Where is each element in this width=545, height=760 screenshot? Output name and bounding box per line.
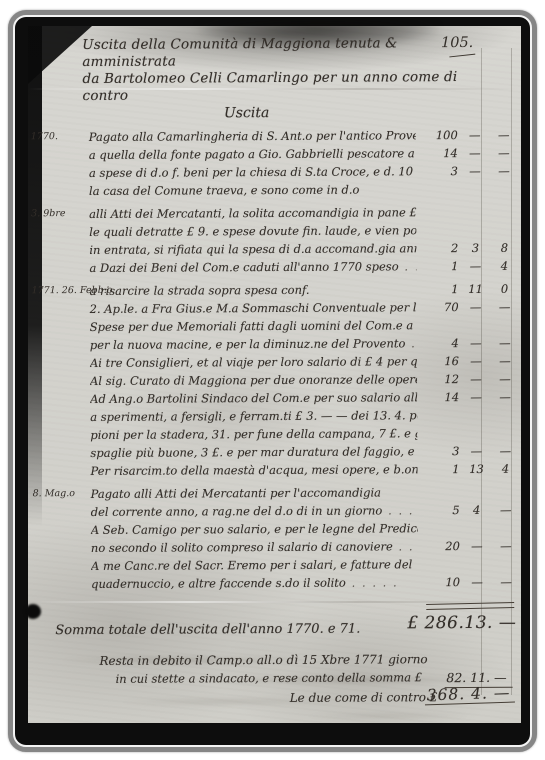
margin-date xyxy=(27,241,89,259)
contro-amount: 368. 4. — xyxy=(425,684,515,706)
amount-lire: 16 xyxy=(417,352,463,370)
amount-soldi xyxy=(464,483,490,501)
amount-soldi: 13 xyxy=(463,460,489,478)
amount-lire xyxy=(418,555,464,573)
margin-date xyxy=(27,182,89,200)
amount-soldi: — xyxy=(463,298,489,316)
amount-denari: — xyxy=(489,370,521,388)
sum-double-rule xyxy=(426,602,514,610)
amount-lire: 5 xyxy=(418,501,464,519)
amount-soldi: — xyxy=(463,370,489,388)
amount-denari xyxy=(490,555,522,573)
dot-leaders: . . . . . xyxy=(382,506,417,517)
amount-lire xyxy=(418,519,464,537)
heading-line-1: Uscita della Comunità di Maggiona tenuta… xyxy=(82,35,462,71)
amount-lire xyxy=(417,406,463,424)
amount-denari: — xyxy=(490,573,522,591)
amount-soldi xyxy=(463,424,489,442)
entry-text: del corrente anno, a rag.ne del d.o di i… xyxy=(91,501,418,521)
amount-denari: — xyxy=(489,388,521,406)
entry-text: Ai tre Consiglieri, et al viaje per loro… xyxy=(90,352,417,372)
photo-background: 105. Uscita della Comunità di Maggiona t… xyxy=(15,17,530,745)
entry-text: 2. Ap.le. a Fra Gius.e M.a Sommaschi Con… xyxy=(90,298,417,318)
amount-lire xyxy=(416,203,462,221)
amount-soldi xyxy=(463,406,489,424)
margin-date xyxy=(28,318,90,336)
entry-text: Al sig. Curato di Maggiona per due onora… xyxy=(90,370,417,390)
section-title: Uscita xyxy=(27,104,467,122)
amount-denari xyxy=(490,483,522,501)
scan-frame: 105. Uscita della Comunità di Maggiona t… xyxy=(8,10,537,752)
margin-date xyxy=(28,462,90,480)
amount-denari xyxy=(490,519,522,537)
amount-denari xyxy=(488,221,520,239)
amount-soldi: 3 xyxy=(462,239,488,257)
margin-date xyxy=(28,408,90,426)
amount-soldi: — xyxy=(464,573,490,591)
entry-text: spaglie più buone, 3 £. e per mar duratu… xyxy=(90,442,417,462)
margin-date xyxy=(28,336,90,354)
amount-soldi: — xyxy=(462,126,488,144)
ledger-line: quadernuccio, e altre faccende s.do il s… xyxy=(29,573,522,594)
entry-text: per la nuova macine, e per la diminuz.ne… xyxy=(90,334,417,354)
contro-row: Le due come di contro £ 368. 4. — xyxy=(290,688,523,707)
margin-date xyxy=(29,575,91,593)
margin-date xyxy=(28,354,90,372)
margin-date xyxy=(28,444,90,462)
amount-denari: 0 xyxy=(489,280,521,298)
amount-soldi xyxy=(464,555,490,573)
dot-leaders: . . . . . xyxy=(405,339,417,350)
margin-date xyxy=(28,426,90,444)
entry-text: Per risarcim.to della maestà d'acqua, me… xyxy=(90,460,417,480)
amount-lire: 10 xyxy=(418,573,464,591)
margin-date: 1771. 26. Febb.o xyxy=(28,282,90,300)
amount-denari: — xyxy=(490,501,522,519)
amount-lire: 100 xyxy=(416,126,462,144)
margin-date xyxy=(28,372,90,390)
amount-lire xyxy=(417,316,463,334)
amount-soldi xyxy=(464,519,490,537)
amount-soldi: — xyxy=(463,388,489,406)
amount-lire: 3 xyxy=(417,442,463,460)
amount-soldi: — xyxy=(462,162,488,180)
amount-soldi: — xyxy=(462,144,488,162)
amount-soldi xyxy=(462,203,488,221)
amount-soldi: — xyxy=(462,257,488,275)
amount-denari: — xyxy=(488,144,520,162)
amount-denari xyxy=(489,424,521,442)
amount-denari: — xyxy=(489,442,521,460)
margin-date xyxy=(27,223,89,241)
manuscript-page: 105. Uscita della Comunità di Maggiona t… xyxy=(28,26,521,723)
total-amount: £ 286.13. — xyxy=(407,611,516,636)
margin-date xyxy=(27,146,89,164)
amount-denari: — xyxy=(490,537,522,555)
entry-text: A Seb. Camigo per suo salario, e per le … xyxy=(91,519,418,539)
entry-text: in entrata, si rifiata qui la spesa di d… xyxy=(89,239,416,259)
amount-denari: — xyxy=(488,162,520,180)
amount-lire: 4 xyxy=(417,334,463,352)
amount-lire: 20 xyxy=(418,537,464,555)
amount-lire: 14 xyxy=(417,388,463,406)
amount-lire: 1 xyxy=(417,280,463,298)
ledger-line: la casa del Comune traeva, e sono come i… xyxy=(27,180,520,201)
margin-date: 8. Mag.o xyxy=(29,485,91,503)
amount-lire: 1 xyxy=(416,257,462,275)
margin-date xyxy=(29,539,91,557)
dot-leaders: . . . . . xyxy=(393,542,418,553)
amount-soldi: — xyxy=(464,537,490,555)
amount-denari xyxy=(489,406,521,424)
margin-date xyxy=(29,503,91,521)
ledger-line: a Dazi dei Beni del Com.e caduti all'ann… xyxy=(27,257,520,278)
amount-lire xyxy=(416,221,462,239)
margin-date xyxy=(27,259,89,277)
amount-lire: 70 xyxy=(417,298,463,316)
amount-lire: 12 xyxy=(417,370,463,388)
amount-soldi: — xyxy=(463,442,489,460)
amount-soldi xyxy=(462,221,488,239)
entry-text: alli Atti dei Mercatanti, la solita acco… xyxy=(89,203,416,223)
amount-soldi: — xyxy=(463,334,489,352)
entry-text: quadernuccio, e altre faccende s.do il s… xyxy=(91,573,418,593)
balance-note-line-1: Resta in debito il Camp.o all.o dì 15 Xb… xyxy=(99,651,522,670)
dot-leaders: . . . . . xyxy=(346,578,399,589)
margin-date: 1770. xyxy=(27,128,89,146)
amount-denari: — xyxy=(489,298,521,316)
entry-text: Spese per due Memoriali fatti dagli uomi… xyxy=(90,316,417,336)
entry-text: Pagato alli Atti dei Mercatanti per l'ac… xyxy=(91,483,418,503)
entry-text: pioni per la stadera, 31. per fune della… xyxy=(90,424,417,444)
amount-soldi: — xyxy=(463,352,489,370)
balance-note-text: in cui stette a sindacato, e rese conto … xyxy=(116,670,422,686)
ledger-lines: 1770.Pagato alla Camarlingheria di S. An… xyxy=(27,126,522,594)
amount-denari xyxy=(488,203,520,221)
margin-date xyxy=(27,164,89,182)
amount-lire: 1 xyxy=(417,460,463,478)
margin-date xyxy=(28,300,90,318)
amount-lire xyxy=(417,424,463,442)
entry-text: a risarcire la strada sopra spesa conf. xyxy=(90,280,417,300)
entry-text: a Dazi dei Beni del Com.e caduti all'ann… xyxy=(89,257,416,277)
contro-label: Le due come di contro £ xyxy=(290,690,438,705)
entry-text: a quella della fonte pagato a Gio. Gabbr… xyxy=(89,144,416,164)
page-content: 105. Uscita della Comunità di Maggiona t… xyxy=(26,25,523,725)
amount-denari xyxy=(489,316,521,334)
amount-denari: 4 xyxy=(489,460,521,478)
entry-text: a sperimenti, a fersigli, e ferram.ti £ … xyxy=(90,406,417,426)
amount-lire xyxy=(416,180,462,198)
ledger-line: Per risarcim.to della maestà d'acqua, me… xyxy=(28,460,521,481)
entry-text: Ad Ang.o Bartolini Sindaco del Com.e per… xyxy=(90,388,417,408)
margin-date xyxy=(29,557,91,575)
amount-denari: — xyxy=(488,126,520,144)
amount-soldi xyxy=(463,316,489,334)
amount-soldi xyxy=(462,180,488,198)
amount-denari: 8 xyxy=(488,239,520,257)
entry-text: Pagato alla Camarlingheria di S. Ant.o p… xyxy=(89,126,416,146)
margin-date xyxy=(28,390,90,408)
margin-date xyxy=(29,521,91,539)
amount-lire: 3 xyxy=(416,162,462,180)
total-row: Somma totale dell'uscita dell'anno 1770.… xyxy=(29,617,522,644)
amount-denari: — xyxy=(489,334,521,352)
entry-text: a spese di d.o f. beni per la chiesa di … xyxy=(89,162,416,182)
amount-denari: 4 xyxy=(488,257,520,275)
amount-lire: 14 xyxy=(416,144,462,162)
entry-text: A me Canc.re del Sacr. Eremo per i salar… xyxy=(91,555,418,575)
heading-line-2: da Bartolomeo Celli Camarlingo per un an… xyxy=(82,69,462,105)
total-label: Somma totale dell'uscita dell'anno 1770.… xyxy=(55,622,360,639)
margin-date: 3. 9bre xyxy=(27,205,89,223)
entry-text: le quali detratte £ 9. e spese dovute fi… xyxy=(89,221,416,241)
amount-lire: 2 xyxy=(416,239,462,257)
amount-lire xyxy=(418,483,464,501)
amount-soldi: 4 xyxy=(464,501,490,519)
page-heading: Uscita della Comunità di Maggiona tenuta… xyxy=(82,35,462,105)
amount-denari xyxy=(488,180,520,198)
entry-text: la casa del Comune traeva, e sono come i… xyxy=(89,180,416,200)
amount-denari: — xyxy=(489,352,521,370)
entry-text: no secondo il solito compreso il salario… xyxy=(91,537,418,557)
dot-leaders: . . . . . xyxy=(399,262,417,273)
folio-number: 105. xyxy=(441,35,473,51)
amount-soldi: 11 xyxy=(463,280,489,298)
